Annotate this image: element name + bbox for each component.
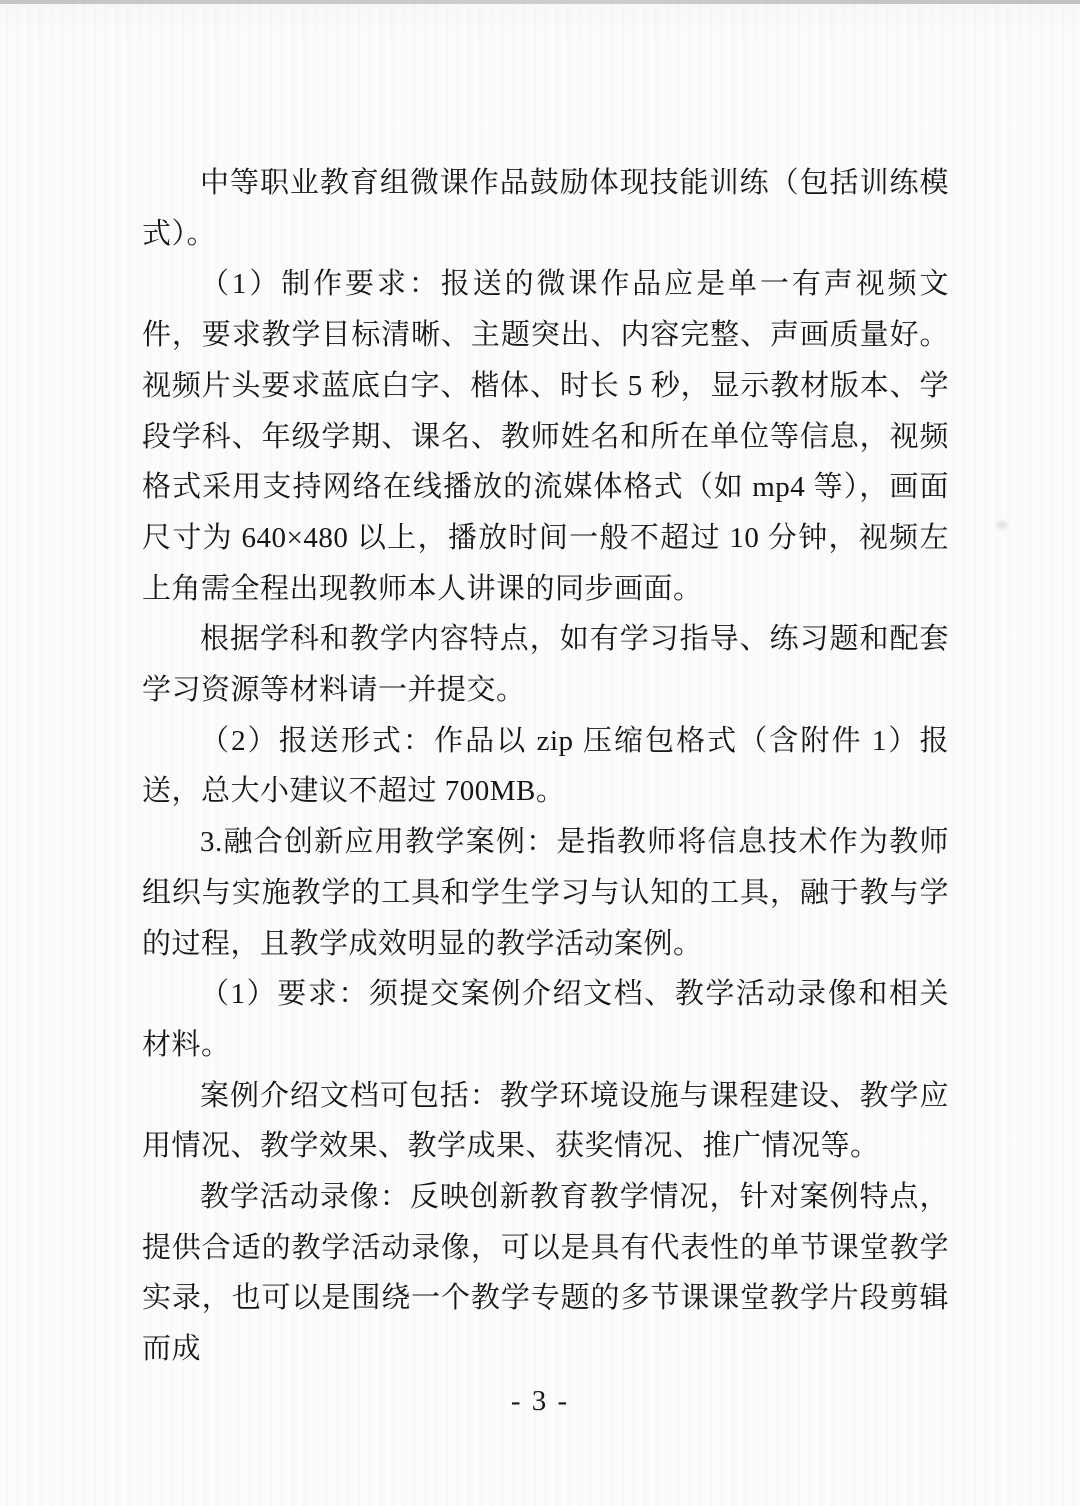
paragraph: 案例介绍文档可包括：教学环境设施与课程建设、教学应用情况、教学效果、教学成果、获…	[142, 1071, 949, 1172]
paragraph: （1）制作要求：报送的微课作品应是单一有声视频文件，要求教学目标清晰、主题突出、…	[142, 259, 949, 614]
paragraph: （1）要求：须提交案例介绍文档、教学活动录像和相关材料。	[142, 969, 949, 1070]
paragraph: 教学活动录像：反映创新教育教学情况，针对案例特点，提供合适的教学活动录像，可以是…	[142, 1172, 949, 1375]
paragraph: 根据学科和教学内容特点，如有学习指导、练习题和配套学习资源等材料请一并提交。	[142, 614, 949, 715]
paragraph: （2）报送形式：作品以 zip 压缩包格式（含附件 1）报送，总大小建议不超过 …	[142, 716, 949, 817]
paragraph: 中等职业教育组微课作品鼓励体现技能训练（包括训练模式）。	[142, 158, 949, 259]
page-number: - 3 -	[0, 1385, 1080, 1418]
paragraph: 3.融合创新应用教学案例：是指教师将信息技术作为教师组织与实施教学的工具和学生学…	[142, 817, 949, 969]
document-text-block: 中等职业教育组微课作品鼓励体现技能训练（包括训练模式）。（1）制作要求：报送的微…	[142, 158, 949, 1375]
scan-artifact-smudge	[994, 518, 1010, 532]
scanner-edge-artifact	[0, 0, 1080, 4]
